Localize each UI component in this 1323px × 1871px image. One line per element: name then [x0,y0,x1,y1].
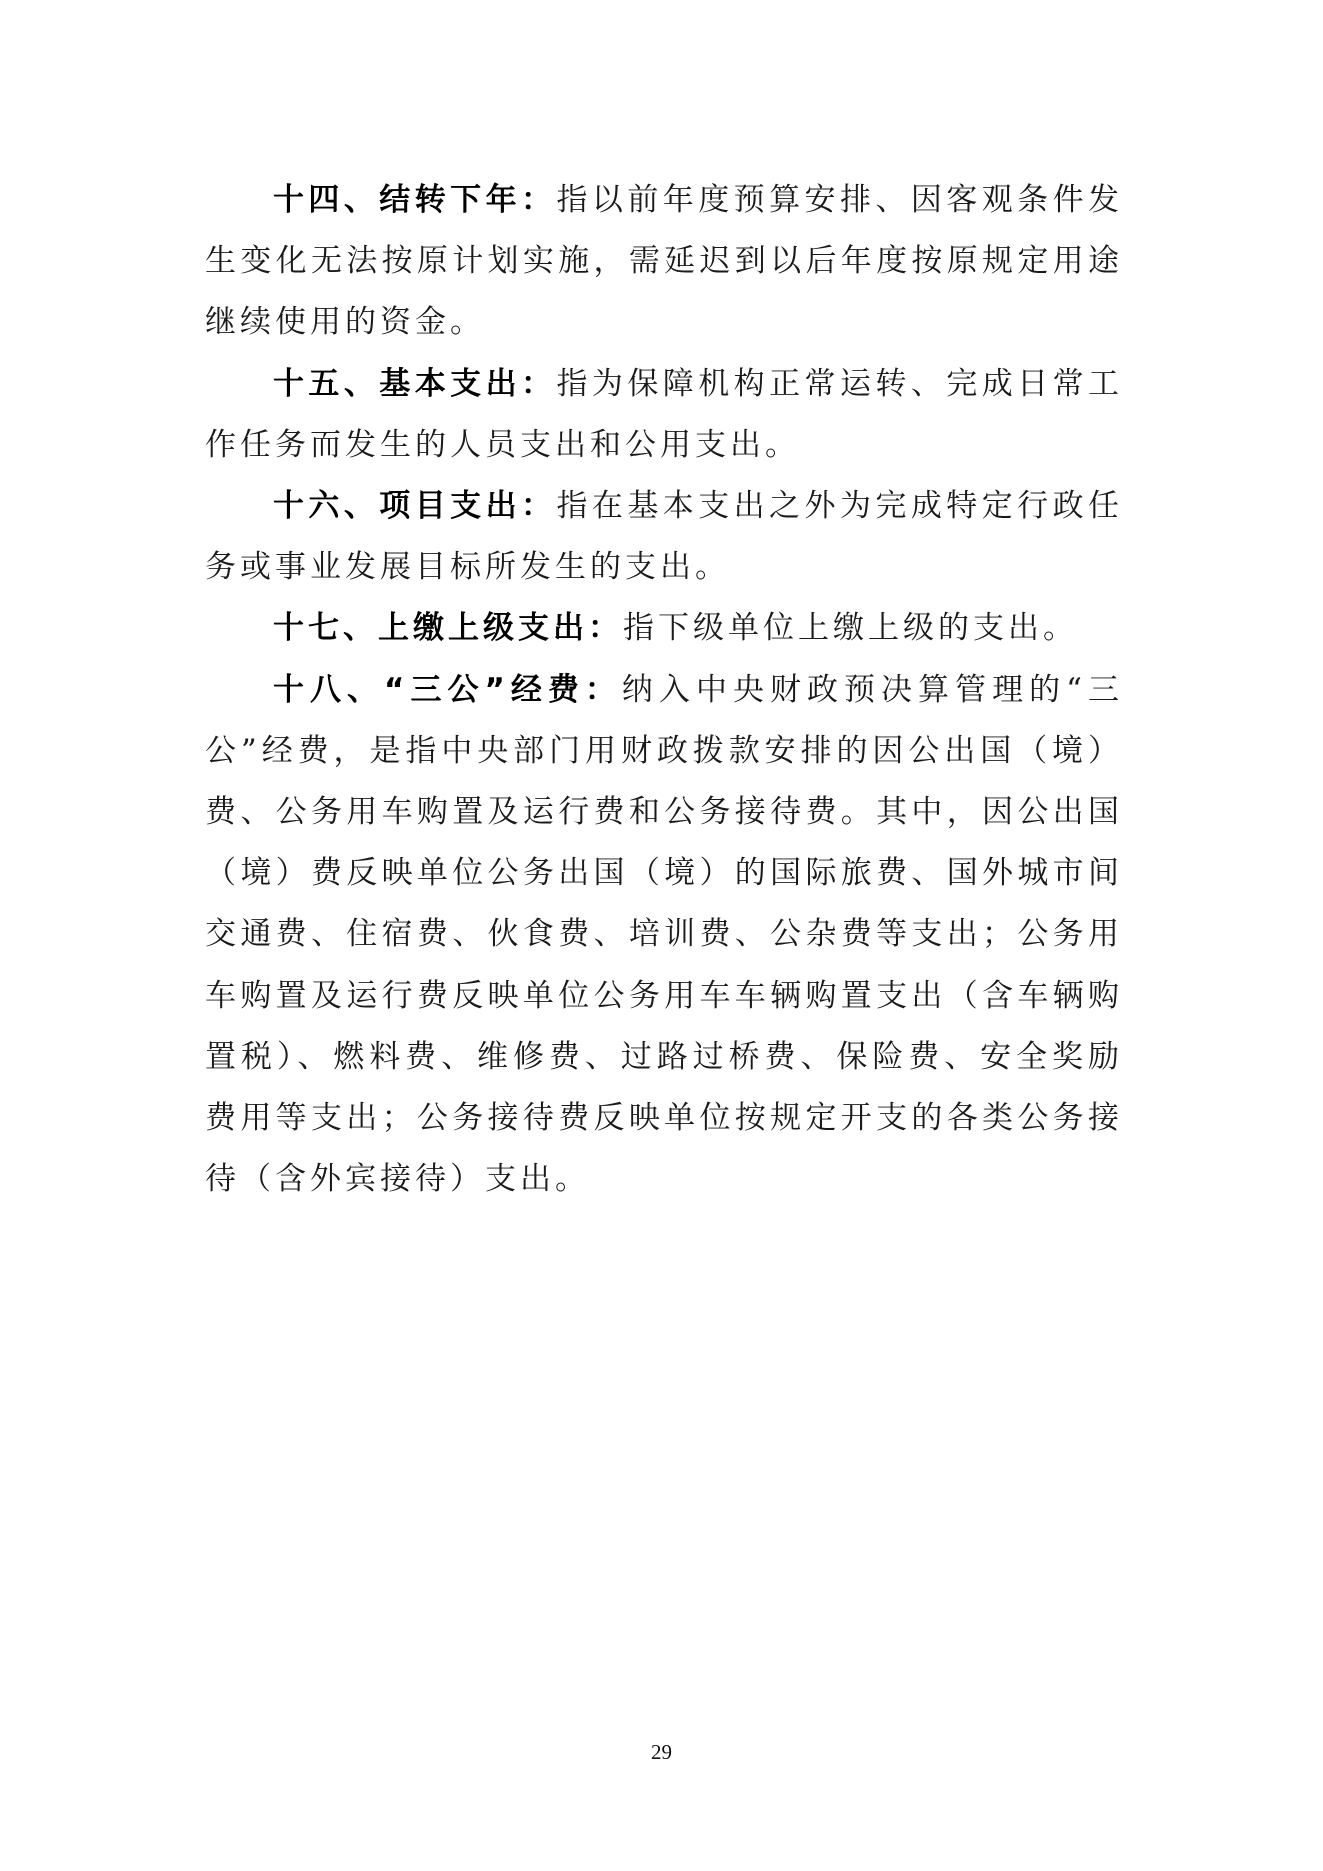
paragraph-remittance-to-superior: 十七、上缴上级支出：指下级单位上缴上级的支出。 [205,598,1123,659]
paragraph-carryover-next-year: 十四、结转下年：指以前年度预算安排、因客观条件发生变化无法按原计划实施，需延迟到… [205,170,1123,354]
term-definition: 指下级单位上缴上级的支出。 [623,610,1078,646]
page-number: 29 [0,1740,1323,1765]
term-definition: 纳入中央财政预决算管理的“三公”经费，是指中央部门用财政拨款安排的因公出国（境）… [205,672,1123,1198]
paragraph-project-expenditure: 十六、项目支出：指在基本支出之外为完成特定行政任务或事业发展目标所发生的支出。 [205,476,1123,598]
term-heading: 十六、项目支出： [273,488,556,524]
paragraph-three-public-expenses: 十八、“三公”经费：纳入中央财政预决算管理的“三公”经费，是指中央部门用财政拨款… [205,660,1123,1211]
term-heading: 十四、结转下年： [273,182,556,218]
term-heading: 十八、“三公”经费： [273,672,622,708]
body-text: 十四、结转下年：指以前年度预算安排、因客观条件发生变化无法按原计划实施，需延迟到… [205,170,1123,1210]
term-heading: 十五、基本支出： [273,366,556,402]
paragraph-basic-expenditure: 十五、基本支出：指为保障机构正常运转、完成日常工作任务而发生的人员支出和公用支出… [205,354,1123,476]
term-heading: 十七、上缴上级支出： [273,610,623,646]
document-page: 十四、结转下年：指以前年度预算安排、因客观条件发生变化无法按原计划实施，需延迟到… [0,0,1323,1871]
